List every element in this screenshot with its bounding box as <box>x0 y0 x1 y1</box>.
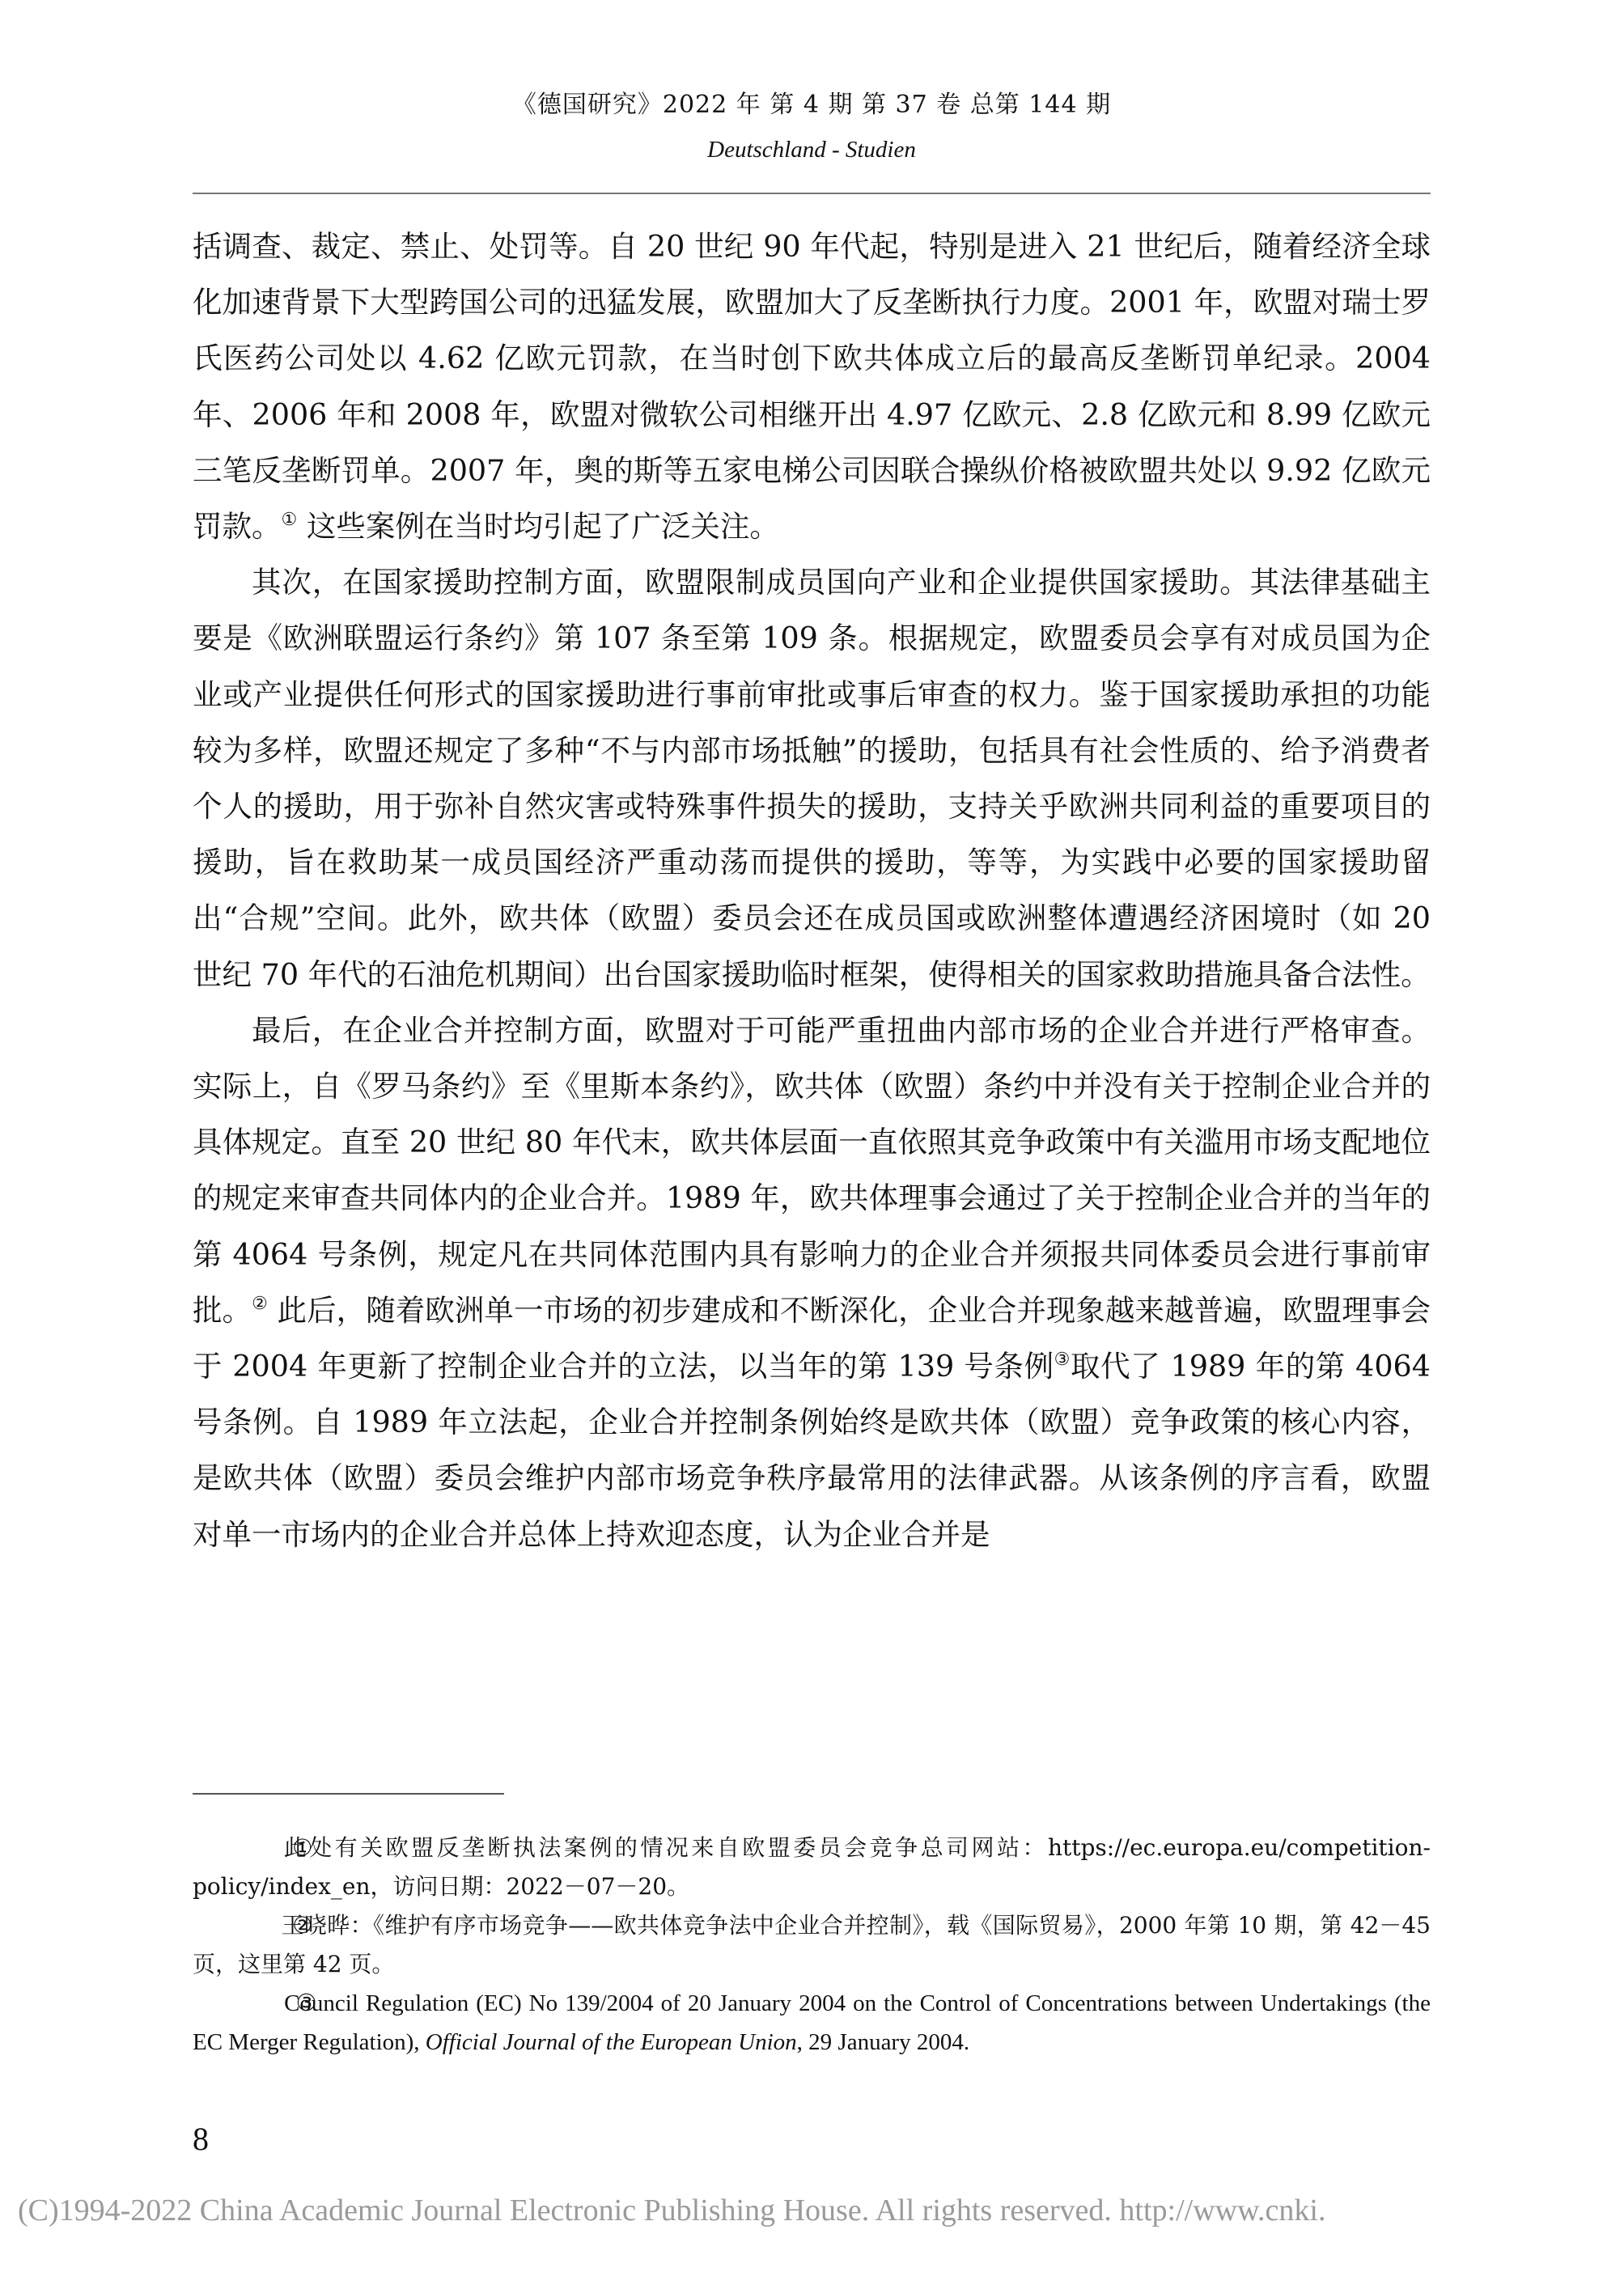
article-body: 括调查、裁定、禁止、处罚等。自 20 世纪 90 年代起，特别是进入 21 世纪… <box>193 218 1431 1562</box>
footnotes: ①此处有关欧盟反垄断执法案例的情况来自欧盟委员会竞争总司网站：https://e… <box>193 1829 1431 2062</box>
footnote-divider <box>193 1793 504 1795</box>
footnote-mark: ② <box>243 1906 282 1945</box>
footnote-1: ①此处有关欧盟反垄断执法案例的情况来自欧盟委员会竞争总司网站：https://e… <box>193 1829 1431 1906</box>
footnote-mark: ③ <box>244 1984 284 2023</box>
paragraph-antitrust: 括调查、裁定、禁止、处罚等。自 20 世纪 90 年代起，特别是进入 21 世纪… <box>193 218 1431 554</box>
journal-subtitle: Deutschland - Studien <box>193 129 1431 170</box>
journal-name: Official Journal of the European Union <box>426 2029 797 2055</box>
footnote-mark: ① <box>243 1829 282 1867</box>
footnote-2: ②王晓晔：《维护有序市场竞争——欧共体竞争法中企业合并控制》，载《国际贸易》，2… <box>193 1906 1431 1984</box>
footnote-ref-3[interactable]: ③ <box>1054 1350 1071 1370</box>
footnote-ref-1[interactable]: ① <box>282 510 298 530</box>
paragraph-merger-control: 最后，在企业合并控制方面，欧盟对于可能严重扭曲内部市场的企业合并进行严格审查。实… <box>193 1002 1431 1562</box>
paragraph-state-aid: 其次，在国家援助控制方面，欧盟限制成员国向产业和企业提供国家援助。其法律基础主要… <box>193 554 1431 1002</box>
header-divider <box>193 193 1431 194</box>
page-number: 8 <box>193 2120 209 2158</box>
footnote-ref-2[interactable]: ② <box>252 1294 268 1314</box>
journal-issue-title: 《德国研究》2022 年 第 4 期 第 37 卷 总第 144 期 <box>193 81 1431 129</box>
copyright-watermark: (C)1994-2022 China Academic Journal Elec… <box>18 2193 1325 2228</box>
running-header: 《德国研究》2022 年 第 4 期 第 37 卷 总第 144 期 Deuts… <box>193 81 1431 170</box>
footnote-3: ③Council Regulation (EC) No 139/2004 of … <box>193 1984 1431 2062</box>
